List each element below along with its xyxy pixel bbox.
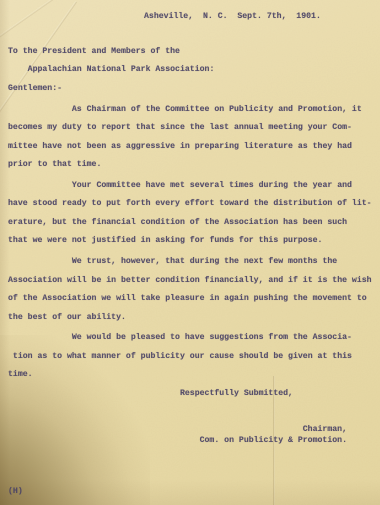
body-line: of the Association we will take pleasure…: [8, 290, 372, 308]
signature-committee: Com. on Publicity & Promotion.: [200, 435, 347, 446]
body-line: tion as to what manner of publicity our …: [8, 348, 372, 366]
body-line: erature, but the financial condition of …: [8, 214, 372, 232]
body-line: Respectfully Submitted,: [8, 385, 372, 403]
letter-page: Asheville, N. C. Sept. 7th, 1901. To the…: [0, 0, 380, 505]
body-line: Your Committee have met several times du…: [8, 177, 372, 195]
body-line: We would be pleased to have suggestions …: [8, 329, 372, 347]
body-line: mittee have not been as aggressive in pr…: [8, 138, 372, 156]
dateline: Asheville, N. C. Sept. 7th, 1901.: [144, 12, 321, 21]
footer-mark: (H): [8, 487, 23, 496]
body-line: Association will be in better condition …: [8, 272, 372, 290]
bottom-edge-shading: [0, 479, 380, 505]
body-line: becomes my duty to report that since the…: [8, 119, 372, 137]
body-line: Appalachian National Park Association:: [8, 61, 372, 79]
body-line: time.: [8, 366, 372, 384]
body-line: have stood ready to put forth every effo…: [8, 195, 372, 213]
body-line: Gentlemen:-: [8, 80, 372, 98]
signature-title: Chairman,: [200, 424, 347, 435]
signature-block: Chairman, Com. on Publicity & Promotion.: [200, 424, 347, 446]
letter-body: To the President and Members of the Appa…: [8, 43, 372, 403]
body-line: As Chairman of the Committee on Publicit…: [8, 101, 372, 119]
body-line: the best of our ability.: [8, 309, 372, 327]
body-line: To the President and Members of the: [8, 43, 372, 61]
body-line: that we were not justified in asking for…: [8, 232, 372, 250]
body-line: We trust, however, that during the next …: [8, 253, 372, 271]
body-line: prior to that time.: [8, 156, 372, 174]
